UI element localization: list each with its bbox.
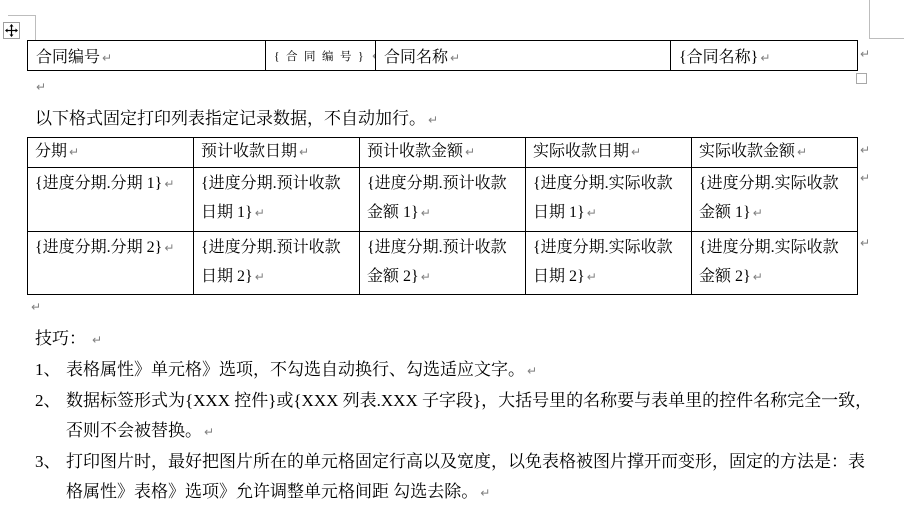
intro-text: 以下格式固定打印列表指定记录数据，不自动加行。 [35,109,426,128]
merge-field-cell[interactable]: {进度分期.实际收款日期 2}↵ [526,232,692,295]
paragraph-mark: ↵ [255,270,265,284]
list-item[interactable]: 3、 打印图片时，最好把图片所在的单元格固定行高以及宽度，以免表格被图片撑开而变… [35,447,873,508]
table-header-row: 分期↵ 预计收款日期↵ 预计收款金额↵ 实际收款日期↵ 实际收款金额↵ [28,138,858,168]
paragraph-mark: ↵ [480,486,490,500]
paragraph-mark: ↵ [299,145,309,159]
merge-field-expected-amount-1: {进度分期.预计收款金额 1} [367,175,507,221]
tip-text: 打印图片时，最好把图片所在的单元格固定行高以及宽度，以免表格被图片撑开而变形，固… [66,447,873,508]
header-expected-amount: 预计收款金额 [367,143,463,160]
paragraph-mark: ↵ [421,206,431,220]
merge-field-cell[interactable]: {进度分期.实际收款金额 1}↵ [692,168,858,232]
contract-number-field-cell[interactable]: {合同编号}↵ [266,41,376,71]
paragraph-mark: ↵ [587,270,597,284]
row-end-mark: ↵ [860,47,870,61]
tip-number: 1、 [35,355,66,386]
tip-text: 数据标签形式为{XXX 控件}或{XXX 列表.XXX 子字段}，大括号里的名称… [66,386,873,447]
paragraph-mark: ↵ [450,51,460,65]
merge-field-actual-date-1: {进度分期.实际收款日期 1} [533,175,673,221]
row-end-mark: ↵ [860,236,870,250]
merge-field-cell[interactable]: {进度分期.分期 2}↵ [28,232,194,295]
paragraph-mark: ↵ [428,113,438,127]
paragraph-mark: ↵ [465,145,475,159]
header-stage: 分期 [35,143,67,160]
table-resize-handle[interactable] [856,73,867,84]
intro-paragraph[interactable]: 以下格式固定打印列表指定记录数据，不自动加行。↵ [35,104,438,129]
contract-number-label: 合同编号 [36,49,100,66]
word-document-page: 合同编号↵ {合同编号}↵ 合同名称↵ {合同名称}↵ ↵ ↵ 以下格式固定打印… [0,0,909,532]
header-cell-expected-date[interactable]: 预计收款日期↵ [194,138,360,168]
paragraph-mark: ↵ [255,206,265,220]
margin-corner-mark-top-left-vertical [35,15,36,40]
merge-field-cell[interactable]: {进度分期.预计收款金额 2}↵ [360,232,526,295]
tip-text: 表格属性》单元格》选项，不勾选自动换行、勾选适应文字。↵ [66,355,873,386]
merge-field-cell[interactable]: {进度分期.预计收款日期 1}↵ [194,168,360,232]
paragraph-mark: ↵ [36,80,46,94]
paragraph-mark: ↵ [587,206,597,220]
payment-schedule-table: 分期↵ 预计收款日期↵ 预计收款金额↵ 实际收款日期↵ 实际收款金额↵ {进度分… [27,137,858,295]
contract-number-merge-field: {合同编号} [274,51,370,63]
paragraph-mark: ↵ [527,364,537,378]
merge-field-stage-1: {进度分期.分期 1} [35,175,162,192]
row-end-mark: ↵ [860,171,870,185]
paragraph-mark: ↵ [797,145,807,159]
table-row: {进度分期.分期 2}↵ {进度分期.预计收款日期 2}↵ {进度分期.预计收款… [28,232,858,295]
tips-title[interactable]: 技巧：↵ [35,324,873,355]
margin-corner-mark-top-left [8,15,35,16]
header-cell-actual-amount[interactable]: 实际收款金额↵ [692,138,858,168]
paragraph-mark: ↵ [372,49,375,63]
merge-field-cell[interactable]: {进度分期.实际收款金额 2}↵ [692,232,858,295]
merge-field-actual-amount-1: {进度分期.实际收款金额 1} [699,175,839,221]
list-item[interactable]: 2、 数据标签形式为{XXX 控件}或{XXX 列表.XXX 子字段}，大括号里… [35,386,873,447]
header-actual-amount: 实际收款金额 [699,143,795,160]
header-cell-stage[interactable]: 分期↵ [28,138,194,168]
contract-name-label-cell[interactable]: 合同名称↵ [376,41,671,71]
header-cell-expected-amount[interactable]: 预计收款金额↵ [360,138,526,168]
row-end-mark: ↵ [860,143,870,157]
margin-corner-mark-top-right-vertical [869,0,870,38]
header-expected-date: 预计收款日期 [201,143,297,160]
table-row: {进度分期.分期 1}↵ {进度分期.预计收款日期 1}↵ {进度分期.预计收款… [28,168,858,232]
merge-field-actual-date-2: {进度分期.实际收款日期 2} [533,239,673,285]
paragraph-mark: ↵ [92,333,102,347]
list-item[interactable]: 1、 表格属性》单元格》选项，不勾选自动换行、勾选适应文字。↵ [35,355,873,386]
paragraph-mark: ↵ [204,425,214,439]
merge-field-cell[interactable]: {进度分期.实际收款日期 1}↵ [526,168,692,232]
tip-number: 3、 [35,447,66,508]
merge-field-expected-amount-2: {进度分期.预计收款金额 2} [367,239,507,285]
merge-field-expected-date-2: {进度分期.预计收款日期 2} [201,239,341,285]
contract-info-table: 合同编号↵ {合同编号}↵ 合同名称↵ {合同名称}↵ [27,40,858,71]
paragraph-mark: ↵ [753,206,763,220]
paragraph-mark: ↵ [69,145,79,159]
paragraph-mark: ↵ [164,177,174,191]
merge-field-cell[interactable]: {进度分期.分期 1}↵ [28,168,194,232]
tips-title-text: 技巧： [35,329,86,348]
margin-corner-mark-top-right [869,38,904,39]
paragraph-mark: ↵ [31,300,41,314]
header-actual-date: 实际收款日期 [533,143,629,160]
merge-field-cell[interactable]: {进度分期.预计收款日期 2}↵ [194,232,360,295]
tip-number: 2、 [35,386,66,447]
move-icon [5,24,18,37]
paragraph-mark: ↵ [102,51,112,65]
tips-section: 技巧：↵ 1、 表格属性》单元格》选项，不勾选自动换行、勾选适应文字。↵ 2、 … [35,324,873,508]
merge-field-actual-amount-2: {进度分期.实际收款金额 2} [699,239,839,285]
contract-name-label: 合同名称 [384,49,448,66]
paragraph-mark: ↵ [753,270,763,284]
merge-field-cell[interactable]: {进度分期.预计收款金额 1}↵ [360,168,526,232]
paragraph-mark: ↵ [164,241,174,255]
paragraph-mark: ↵ [631,145,641,159]
paragraph-mark: ↵ [421,270,431,284]
merge-field-expected-date-1: {进度分期.预计收款日期 1} [201,175,341,221]
table-move-handle[interactable] [3,22,20,39]
table-row: 合同编号↵ {合同编号}↵ 合同名称↵ {合同名称}↵ [28,41,858,71]
contract-name-field-cell[interactable]: {合同名称}↵ [671,41,858,71]
contract-number-label-cell[interactable]: 合同编号↵ [28,41,266,71]
contract-name-merge-field: {合同名称} [679,49,758,66]
paragraph-mark: ↵ [760,51,770,65]
header-cell-actual-date[interactable]: 实际收款日期↵ [526,138,692,168]
merge-field-stage-2: {进度分期.分期 2} [35,239,162,256]
